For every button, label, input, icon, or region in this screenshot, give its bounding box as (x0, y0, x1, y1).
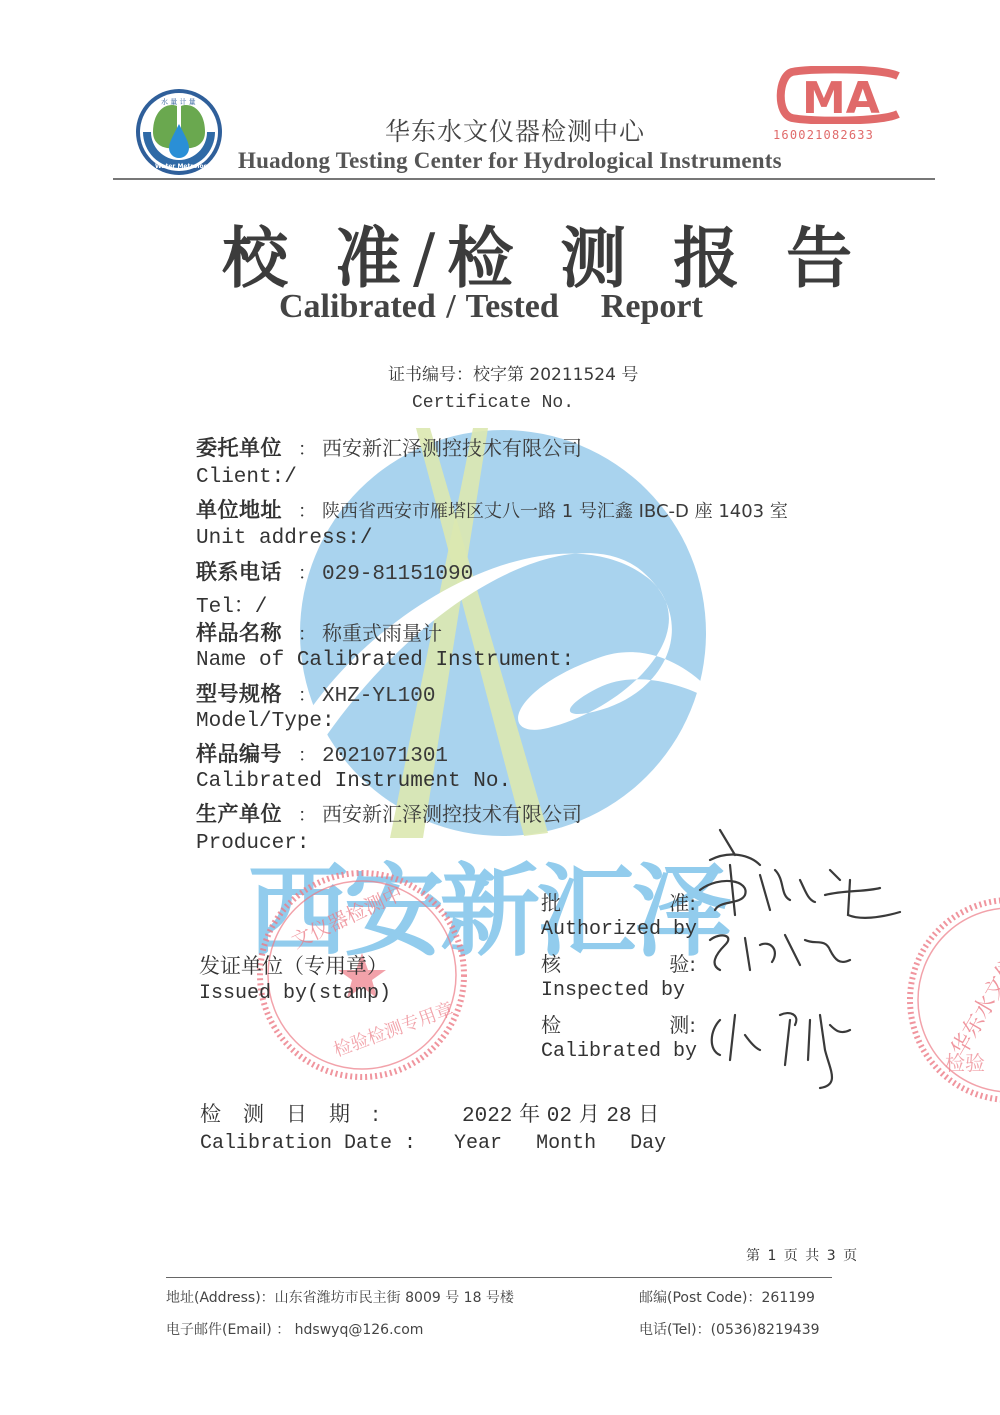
address-label-en: Unit address:/ (196, 527, 372, 550)
calibrated-label-cn: 检测: (541, 1009, 696, 1038)
producer-label-en: Producer: (196, 832, 309, 855)
serial-field: 样品编号：2021071301 (196, 738, 448, 768)
org-name-cn: 华东水文仪器检测中心 (385, 112, 645, 148)
colon: ： (292, 435, 322, 461)
authorized-label-cn: 批准: (541, 887, 696, 916)
title-slash: / (413, 220, 447, 297)
tel-field: 联系电话：029-81151090 (196, 556, 473, 586)
svg-text:检验: 检验 (945, 1051, 985, 1075)
instrument-name-value: 称重式雨量计 (322, 621, 442, 645)
certificate-number: 证书编号：校字第 20211524 号 (388, 360, 638, 385)
instrument-name-field: 样品名称：称重式雨量计 (196, 617, 442, 647)
colon: ： (292, 801, 322, 827)
role-char: 核 (541, 948, 561, 977)
address-label: 单位地址 (196, 494, 292, 524)
date-label-cn: 检测日期: (200, 1098, 410, 1128)
footer-post-code: 邮编(Post Code)：261199 (639, 1287, 815, 1307)
page-indicator: 第 1 页 共 3 页 (746, 1245, 857, 1265)
client-label: 委托单位 (196, 432, 292, 462)
model-label: 型号规格 (196, 678, 292, 708)
role-char: 检 (541, 1009, 561, 1038)
footer-email: 电子邮件(Email) ： hdswyq@126.com (166, 1319, 423, 1339)
producer-value: 西安新汇泽测控技术有限公司 (322, 802, 582, 826)
producer-field: 生产单位：西安新汇泽测控技术有限公司 (196, 798, 582, 828)
certificate-number-en: Certificate No. (412, 393, 574, 413)
month-unit-cn: 月 (579, 1102, 600, 1126)
svg-text:文仪器检测中: 文仪器检测中 (288, 881, 407, 953)
month-label-en: Month (536, 1132, 596, 1155)
client-label-en: Client:/ (196, 466, 297, 489)
client-field: 委托单位：西安新汇泽测控技术有限公司 (196, 432, 582, 462)
year-label-en: Year (454, 1132, 502, 1155)
tel-label: 联系电话 (196, 556, 292, 586)
footer-divider (166, 1277, 832, 1278)
svg-text:水 量 计 量: 水 量 计 量 (161, 97, 196, 106)
title-cn-part2: 检 测 报 告 (447, 219, 864, 297)
svg-text:Water Metrology: Water Metrology (155, 163, 212, 170)
inspected-label-en: Inspected by (541, 979, 685, 1002)
colon: ： (292, 741, 322, 767)
day-label-en: Day (630, 1132, 666, 1155)
address-field: 单位地址：陕西省西安市雁塔区丈八一路 1 号汇鑫 IBC-D 座 1403 室 (196, 494, 788, 524)
water-metrology-logo-icon: 水 量 计 量 Water Metrology (133, 88, 225, 176)
producer-label: 生产单位 (196, 798, 292, 828)
report-title-en: Calibrated / Tested Report (279, 288, 703, 326)
date-year: 2022 (462, 1105, 512, 1128)
issuer-label-en: Issued by(stamp) (199, 982, 391, 1005)
client-value: 西安新汇泽测控技术有限公司 (322, 436, 582, 460)
date-label-en: Calibration Date : (200, 1132, 416, 1155)
serial-label-en: Calibrated Instrument No. (196, 770, 511, 793)
serial-label: 样品编号 (196, 738, 292, 768)
date-month: 02 (547, 1105, 572, 1128)
cma-mark-icon: MA (772, 66, 910, 124)
report-title-cn: 校 准/检 测 报 告 (222, 205, 864, 300)
colon: ： (292, 681, 322, 707)
day-unit-cn: 日 (638, 1102, 659, 1126)
calibration-date-en: Calibration Date :YearMonthDay (200, 1132, 666, 1155)
svg-text:MA: MA (802, 73, 880, 124)
colon: ： (292, 559, 322, 585)
footer-address: 地址(Address)：山东省潍坊市民主街 8009 号 18 号楼 (166, 1287, 514, 1307)
tel-label-en: Tel：/ (196, 589, 267, 619)
year-unit-cn: 年 (519, 1102, 540, 1126)
model-value: XHZ-YL100 (322, 685, 435, 708)
issuer-label-cn: 发证单位（专用章） (199, 950, 388, 980)
org-name-en: Huadong Testing Center for Hydrological … (238, 148, 782, 174)
serial-value: 2021071301 (322, 745, 448, 768)
authorized-label-en: Authorized by (541, 918, 697, 941)
header-divider (113, 178, 935, 180)
calibrated-label-en: Calibrated by (541, 1040, 697, 1063)
cma-number: 160021082633 (773, 128, 874, 142)
tel-value: 029-81151090 (322, 563, 473, 586)
footer-tel: 电话(Tel)：(0536)8219439 (639, 1319, 820, 1339)
model-label-en: Model/Type: (196, 710, 335, 733)
svg-text:华东水文仪: 华东水文仪 (947, 953, 1000, 1061)
instrument-name-label-en: Name of Calibrated Instrument: (196, 649, 574, 672)
inspected-label-cn: 核验: (541, 948, 696, 977)
colon: ： (292, 620, 322, 646)
calibration-date-cn: 检测日期:2022 年 02 月 28 日 (200, 1098, 659, 1128)
address-value: 陕西省西安市雁塔区丈八一路 1 号汇鑫 IBC-D 座 1403 室 (322, 501, 788, 522)
date-day: 28 (606, 1105, 631, 1128)
instrument-name-label: 样品名称 (196, 617, 292, 647)
role-char: 批 (541, 887, 561, 916)
model-field: 型号规格：XHZ-YL100 (196, 678, 435, 708)
colon: ： (292, 497, 322, 523)
handwritten-signatures-icon (690, 820, 910, 1090)
title-cn-part1: 校 准 (222, 219, 413, 297)
issuer-stamp-partial-icon: 华东水文仪 检验 (905, 895, 1000, 1105)
